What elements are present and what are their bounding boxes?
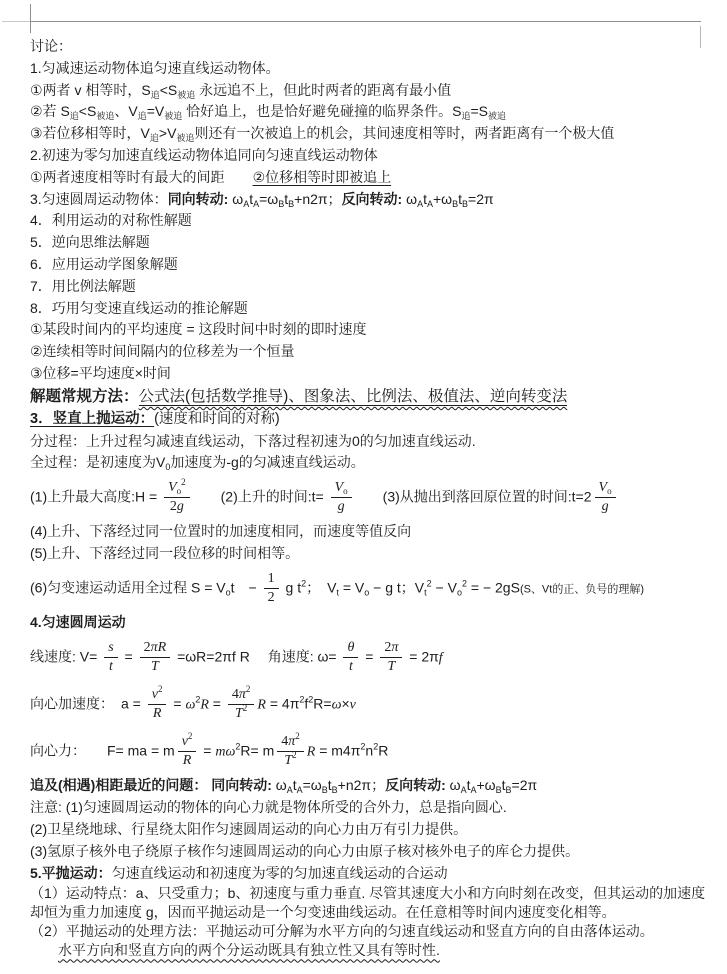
topic2-title: 2.初速为零匀加速直线运动物体追同向匀速直线运动物体 [30, 145, 706, 167]
vertical-throw-point4: (4)上升、下落经过同一位置时的加速度相同，而速度等值反向 [30, 521, 706, 543]
centripetal-force-formula: 向心力： F= ma = mv2R = mω2R= m4π2T2R = m4π2… [30, 728, 706, 775]
projectile-method: （2）平抛运动的处理方法：平抛运动可分解为水平方向的匀速直线运动和竖直方向的自由… [30, 922, 706, 941]
topic1-point3: ③若位移相等时，V追>V被追则还有一次被追上的机会，其间速度相等时，两者距离有一… [30, 123, 706, 145]
vertical-throw-point5: (5)上升、下落经过同一段位移的时间相等。 [30, 543, 706, 565]
discussion-title: 讨论： [30, 36, 706, 58]
method-kinematics-graph: 6．应用运动学图象解题 [30, 254, 706, 276]
note-1-centripetal-force: 注意: (1)匀速圆周运动的物体的向心力就是物体所受的合外力，总是指向圆心. [30, 797, 706, 819]
circular-motion-title: 4.匀速圆周运动 [30, 612, 706, 634]
vertical-throw-title: 3．竖直上抛运动：(速度和时间的对称) [30, 409, 706, 431]
left-margin-mark [30, 4, 31, 33]
projectile-title: 5.平抛运动：匀速直线运动和初速度为零的匀加速直线运动的合运动 [30, 863, 706, 885]
method-reverse-thinking: 5．逆向思维法解题 [30, 232, 706, 254]
note-3-hydrogen-coulomb: (3)氢原子核外电子绕原子核作匀速圆周运动的向心力由原子核对核外电子的库仑力提供… [30, 841, 706, 863]
topic1-point1: ①两者 v 相等时，S追<S被追 永远追不上，但此时两者的距离有最小值 [30, 80, 706, 102]
projectile-features: （1）运动特点：a、只受重力；b、初速度与重力垂直. 尽管其速度大小和方向时刻在… [30, 884, 706, 922]
left-margin-stub [2, 21, 30, 22]
topic1-point2: ②若 S追<S被追、V追=V被追 恰好追上，也是恰好避免碰撞的临界条件。S追=S… [30, 101, 706, 123]
centripetal-acceleration-formula: 向心加速度： a = v2R = ω2R = 4π2T2R = 4π2f2R=ω… [30, 681, 706, 728]
method-proportion: 7．用比例法解题 [30, 276, 706, 298]
vertical-throw-formula6: (6)匀变速运动适用全过程 S = Vot − 12 g t2； Vt = Vo… [30, 565, 706, 612]
topic1-title: 1.匀减速运动物体追匀速直线运动物体。 [30, 58, 706, 80]
vertical-throw-whole-process: 全过程：是初速度为V0加速度为-g的匀减速直线运动。 [30, 452, 706, 474]
document-page: 讨论： 1.匀减速运动物体追匀速直线运动物体。 ①两者 v 相等时，S追<S被追… [0, 0, 727, 974]
topic2-points: ①两者速度相等时有最大的间距 ②位移相等时即被追上 [30, 167, 706, 189]
corollary-displacement: ③位移=平均速度×时间 [30, 363, 706, 385]
chase-meet-closest-problem: 追及(相遇)相距最近的问题： 同向转动: ωAtA=ωBtB+n2π；反向转动:… [30, 775, 706, 797]
vertical-throw-sub-process: 分过程：上升过程匀减速直线运动，下落过程初速为0的匀加速直线运动. [30, 431, 706, 453]
note-2-satellite-gravity: (2)卫星绕地球、行星绕太阳作匀速圆周运动的向心力由万有引力提供。 [30, 819, 706, 841]
topic3-circular: 3.匀速圆周运动物体：同向转动: ωAtA=ωBtB+n2π；反向转动: ωAt… [30, 189, 706, 211]
common-methods-line: 解题常规方法：公式法(包括数学推导)、图象法、比例法、极值法、逆向转变法 [30, 385, 706, 409]
method-symmetry: 4．利用运动的对称性解题 [30, 210, 706, 232]
header-boundary-line [30, 21, 701, 22]
vertical-throw-formulas-123: (1)上升最大高度:H = Vo22g (2)上升的时间:t= Vog (3)从… [30, 474, 706, 521]
corollary-displacement-diff: ②连续相等时间间隔内的位移差为一个恒量 [30, 341, 706, 363]
linear-angular-velocity-formula: 线速度: V= st = 2πRT =ωR=2πf R 角速度: ω= θt =… [30, 634, 706, 681]
document-content: 讨论： 1.匀减速运动物体追匀速直线运动物体。 ①两者 v 相等时，S追<S被追… [30, 36, 706, 960]
corollary-average-velocity: ①某段时间内的平均速度 = 这段时间中时刻的即时速度 [30, 319, 706, 341]
projectile-independence: 水平方向和竖直方向的两个分运动既具有独立性又具有等时性. [30, 941, 706, 960]
method-uniform-accel-corollary: 8．巧用匀变速直线运动的推论解题 [30, 298, 706, 320]
